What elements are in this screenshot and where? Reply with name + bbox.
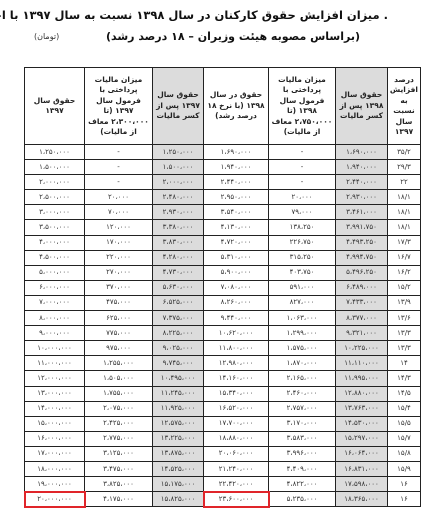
cell-1398-tax: ۲۲۶،۷۵۰ bbox=[269, 235, 336, 250]
cell-1398-after-tax: ۱۱،۱۱۰،۰۰۰ bbox=[336, 356, 388, 371]
cell-1397-after-tax: ۶،۵۲۵،۰۰۰ bbox=[153, 295, 204, 310]
table-row: ۱۸/۱۳،۴۶۱،۰۰۰۷۹،۰۰۰۳،۵۴۰،۰۰۰۲،۹۳۰،۰۰۰۷۰،… bbox=[25, 205, 421, 220]
header-1398-after-tax: حقوق سال ۱۳۹۸ پس از کسر مالیات bbox=[336, 68, 388, 145]
cell-1397-tax: ۳،۱۲۵،۰۰۰ bbox=[85, 446, 153, 461]
cell-1397-after-tax: ۱۵،۸۲۵،۰۰۰ bbox=[153, 492, 204, 507]
table-header-row: درصد افزایش به نسبت سال ۱۳۹۷ حقوق سال ۱۳… bbox=[25, 68, 421, 145]
cell-1397-salary: ۱،۵۰۰،۰۰۰ bbox=[25, 160, 85, 175]
cell-1397-tax: - bbox=[85, 175, 153, 190]
table-row: ۱۴/۳۱۱،۹۹۵،۰۰۰۲،۱۶۵،۰۰۰۱۴،۱۶۰،۰۰۰۱۰،۴۹۵،… bbox=[25, 371, 421, 386]
cell-1398-after-tax: ۱۴،۵۳۰،۰۰۰ bbox=[336, 416, 388, 431]
cell-1398-after-tax: ۱۱،۹۹۵،۰۰۰ bbox=[336, 371, 388, 386]
table-row: ۱۸/۱۳،۹۹۱،۷۵۰۱۳۸،۲۵۰۴،۱۳۰،۰۰۰۳،۳۸۰،۰۰۰۱۲… bbox=[25, 220, 421, 235]
cell-1398-tax: ۲،۴۶۰،۰۰۰ bbox=[269, 386, 336, 401]
table-row: ۱۳/۹۷،۴۳۳،۰۰۰۸۲۷،۰۰۰۸،۲۶۰،۰۰۰۶،۵۲۵،۰۰۰۴۷… bbox=[25, 295, 421, 310]
table-row: ۱۷/۳۴،۴۹۳،۲۵۰۲۲۶،۷۵۰۴،۷۲۰،۰۰۰۳،۸۳۰،۰۰۰۱۷… bbox=[25, 235, 421, 250]
cell-1397-after-tax: ۱۱،۲۴۵،۰۰۰ bbox=[153, 386, 204, 401]
header-1398-tax: میزان مالیات پرداختی با فرمول سال ۱۳۹۸ (… bbox=[269, 68, 336, 145]
cell-1397-tax: - bbox=[85, 160, 153, 175]
cell-1398-salary-highlighted: ۲۳،۶۰۰،۰۰۰ bbox=[204, 492, 269, 507]
cell-1397-salary: ۱۸،۰۰۰،۰۰۰ bbox=[25, 461, 85, 476]
cell-1397-tax: ۱،۵۰۵،۰۰۰ bbox=[85, 371, 153, 386]
cell-1397-salary: ۱۴،۰۰۰،۰۰۰ bbox=[25, 401, 85, 416]
cell-1398-salary: ۱،۹۴۰،۰۰۰ bbox=[204, 160, 269, 175]
cell-1398-tax: ۱۳۸،۲۵۰ bbox=[269, 220, 336, 235]
cell-1397-after-tax: ۲،۴۸۰،۰۰۰ bbox=[153, 190, 204, 205]
cell-1398-after-tax: ۳،۴۶۱،۰۰۰ bbox=[336, 205, 388, 220]
header-increase-percent: درصد افزایش به نسبت سال ۱۳۹۷ bbox=[388, 68, 421, 145]
cell-1398-after-tax: ۴،۹۹۴،۷۵۰ bbox=[336, 250, 388, 265]
cell-1398-after-tax: ۴،۴۹۳،۲۵۰ bbox=[336, 235, 388, 250]
cell-1397-salary: ۳،۵۰۰،۰۰۰ bbox=[25, 220, 85, 235]
cell-1397-tax: ۲۰،۰۰۰ bbox=[85, 190, 153, 205]
cell-increase-percent: ۱۵/۸ bbox=[388, 446, 421, 461]
cell-1397-tax: ۴،۱۷۵،۰۰۰ bbox=[85, 492, 153, 507]
table-row: ۱۵/۹۱۶،۸۳۱،۰۰۰۴،۴۰۹،۰۰۰۲۱،۲۴۰،۰۰۰۱۴،۵۲۵،… bbox=[25, 461, 421, 476]
table-body: ۳۵/۲۱،۶۹۰،۰۰۰-۱،۶۹۰،۰۰۰۱،۲۵۰،۰۰۰-۱،۲۵۰،۰… bbox=[25, 145, 421, 507]
cell-1398-salary: ۸،۲۶۰،۰۰۰ bbox=[204, 295, 269, 310]
cell-increase-percent: ۱۸/۱ bbox=[388, 205, 421, 220]
cell-increase-percent: ۱۳/۹ bbox=[388, 295, 421, 310]
cell-increase-percent: ۱۷/۳ bbox=[388, 235, 421, 250]
cell-1397-salary: ۱۰،۰۰۰،۰۰۰ bbox=[25, 341, 85, 356]
cell-1397-salary: ۱۹،۰۰۰،۰۰۰ bbox=[25, 477, 85, 492]
cell-1397-tax: ۱،۷۵۵،۰۰۰ bbox=[85, 386, 153, 401]
cell-1397-tax: ۷۰،۰۰۰ bbox=[85, 205, 153, 220]
cell-1397-salary: ۱۱،۰۰۰،۰۰۰ bbox=[25, 356, 85, 371]
header-1397-salary: حقوق سال ۱۳۹۷ bbox=[25, 68, 85, 145]
cell-1397-salary: ۷،۰۰۰،۰۰۰ bbox=[25, 295, 85, 310]
cell-1397-salary: ۸،۰۰۰،۰۰۰ bbox=[25, 311, 85, 326]
cell-1397-tax: ۳،۸۲۵،۰۰۰ bbox=[85, 477, 153, 492]
cell-1398-tax: - bbox=[269, 175, 336, 190]
cell-1397-after-tax: ۱۵،۱۷۵،۰۰۰ bbox=[153, 477, 204, 492]
cell-1397-tax: ۱۷۰،۰۰۰ bbox=[85, 235, 153, 250]
table-row: ۱۵/۵۱۴،۵۳۰،۰۰۰۳،۱۷۰،۰۰۰۱۷،۷۰۰،۰۰۰۱۲،۵۷۵،… bbox=[25, 416, 421, 431]
cell-1397-after-tax: ۱۱،۹۲۵،۰۰۰ bbox=[153, 401, 204, 416]
cell-1397-tax: ۴۷۵،۰۰۰ bbox=[85, 295, 153, 310]
cell-1398-after-tax: ۱۷،۵۹۸،۰۰۰ bbox=[336, 477, 388, 492]
cell-1397-salary: ۴،۰۰۰،۰۰۰ bbox=[25, 235, 85, 250]
table-row: ۱۵/۴۱۳،۷۶۳،۰۰۰۲،۷۵۷،۰۰۰۱۶،۵۲۰،۰۰۰۱۱،۹۲۵،… bbox=[25, 401, 421, 416]
cell-1398-after-tax: ۱۶،۰۶۴،۰۰۰ bbox=[336, 446, 388, 461]
cell-1397-after-tax: ۸،۲۲۵،۰۰۰ bbox=[153, 326, 204, 341]
cell-1398-salary: ۱،۶۹۰،۰۰۰ bbox=[204, 145, 269, 160]
cell-1398-salary: ۵،۹۰۰،۰۰۰ bbox=[204, 265, 269, 280]
cell-increase-percent: ۱۶/۷ bbox=[388, 250, 421, 265]
table-row: ۱۶۱۷،۵۹۸،۰۰۰۴،۸۲۲،۰۰۰۲۲،۴۲۰،۰۰۰۱۵،۱۷۵،۰۰… bbox=[25, 477, 421, 492]
cell-1398-tax: ۸۲۷،۰۰۰ bbox=[269, 295, 336, 310]
salary-tax-table: درصد افزایش به نسبت سال ۱۳۹۷ حقوق سال ۱۳… bbox=[24, 67, 421, 507]
cell-1397-tax: ۷۷۵،۰۰۰ bbox=[85, 326, 153, 341]
cell-1397-tax: ۹۷۵،۰۰۰ bbox=[85, 341, 153, 356]
cell-1397-after-tax: ۹،۷۴۵،۰۰۰ bbox=[153, 356, 204, 371]
cell-1398-tax: ۳،۹۹۶،۰۰۰ bbox=[269, 446, 336, 461]
cell-1398-after-tax: ۲،۴۴۰،۰۰۰ bbox=[336, 175, 388, 190]
cell-1397-salary: ۲،۰۰۰،۰۰۰ bbox=[25, 175, 85, 190]
cell-1398-after-tax: ۱۶،۸۳۱،۰۰۰ bbox=[336, 461, 388, 476]
cell-1397-tax: ۳،۴۷۵،۰۰۰ bbox=[85, 461, 153, 476]
table-row: ۱۶/۲۵،۴۹۶،۲۵۰۴۰۳،۷۵۰۵،۹۰۰،۰۰۰۴،۷۳۰،۰۰۰۲۷… bbox=[25, 265, 421, 280]
table-row: ۲۹/۳۱،۹۴۰،۰۰۰-۱،۹۴۰،۰۰۰۱،۵۰۰،۰۰۰-۱،۵۰۰،۰… bbox=[25, 160, 421, 175]
cell-1397-salary: ۱۵،۰۰۰،۰۰۰ bbox=[25, 416, 85, 431]
cell-1398-after-tax: ۱،۶۹۰،۰۰۰ bbox=[336, 145, 388, 160]
cell-1397-tax: ۲،۰۷۵،۰۰۰ bbox=[85, 401, 153, 416]
cell-1398-tax: ۲،۷۵۷،۰۰۰ bbox=[269, 401, 336, 416]
cell-increase-percent: ۱۵/۹ bbox=[388, 461, 421, 476]
cell-increase-percent: ۱۳/۳ bbox=[388, 341, 421, 356]
document-subtitle: (براساس مصوبه هیئت وزیران – ۱۸ درصد رشد) bbox=[130, 30, 360, 43]
currency-unit-label: (تومان) bbox=[34, 32, 59, 41]
cell-1398-tax: - bbox=[269, 145, 336, 160]
cell-1398-after-tax: ۳،۹۹۱،۷۵۰ bbox=[336, 220, 388, 235]
table-row: ۱۳/۳۹،۳۲۱،۰۰۰۱،۲۹۹،۰۰۰۱۰،۶۲۰،۰۰۰۸،۲۲۵،۰۰… bbox=[25, 326, 421, 341]
cell-1397-after-tax: ۵،۶۳۰،۰۰۰ bbox=[153, 280, 204, 295]
cell-increase-percent: ۱۴/۵ bbox=[388, 386, 421, 401]
cell-increase-percent: ۱۵/۲ bbox=[388, 280, 421, 295]
cell-1397-tax: ۲،۴۲۵،۰۰۰ bbox=[85, 416, 153, 431]
cell-1397-tax: ۲،۷۷۵،۰۰۰ bbox=[85, 431, 153, 446]
cell-increase-percent: ۲۲ bbox=[388, 175, 421, 190]
header-1398-salary: حقوق در سال ۱۳۹۸ (با نرخ ۱۸ درصد رشد) bbox=[204, 68, 269, 145]
cell-increase-percent: ۱۶/۲ bbox=[388, 265, 421, 280]
cell-1398-tax: ۴،۴۰۹،۰۰۰ bbox=[269, 461, 336, 476]
cell-1398-after-tax: ۶،۴۸۹،۰۰۰ bbox=[336, 280, 388, 295]
cell-1398-tax: ۳۱۵،۲۵۰ bbox=[269, 250, 336, 265]
table-row: ۱۵/۷۱۵،۲۹۷،۰۰۰۳،۵۸۳،۰۰۰۱۸،۸۸۰،۰۰۰۱۳،۲۲۵،… bbox=[25, 431, 421, 446]
cell-1397-after-tax: ۲،۹۳۰،۰۰۰ bbox=[153, 205, 204, 220]
cell-1398-salary: ۱۴،۱۶۰،۰۰۰ bbox=[204, 371, 269, 386]
cell-1397-after-tax: ۱،۲۵۰،۰۰۰ bbox=[153, 145, 204, 160]
table-row: ۱۵/۲۶،۴۸۹،۰۰۰۵۹۱،۰۰۰۷،۰۸۰،۰۰۰۵،۶۳۰،۰۰۰۳۷… bbox=[25, 280, 421, 295]
cell-1398-after-tax: ۱۰،۲۲۵،۰۰۰ bbox=[336, 341, 388, 356]
cell-1398-salary: ۱۶،۵۲۰،۰۰۰ bbox=[204, 401, 269, 416]
cell-1397-after-tax: ۱۳،۲۲۵،۰۰۰ bbox=[153, 431, 204, 446]
cell-1398-salary: ۹،۴۴۰،۰۰۰ bbox=[204, 311, 269, 326]
cell-increase-percent: ۱۶ bbox=[388, 477, 421, 492]
cell-1398-after-tax: ۱،۹۴۰،۰۰۰ bbox=[336, 160, 388, 175]
cell-1398-tax: ۲،۱۶۵،۰۰۰ bbox=[269, 371, 336, 386]
cell-1398-tax: ۲۰،۰۰۰ bbox=[269, 190, 336, 205]
cell-1398-salary: ۲۰،۰۶۰،۰۰۰ bbox=[204, 446, 269, 461]
cell-increase-percent: ۱۶ bbox=[388, 492, 421, 507]
cell-1397-tax: ۲۷۰،۰۰۰ bbox=[85, 265, 153, 280]
cell-1398-salary: ۲،۹۵۰،۰۰۰ bbox=[204, 190, 269, 205]
cell-1398-tax: ۱،۰۶۳،۰۰۰ bbox=[269, 311, 336, 326]
cell-1397-salary: ۴،۵۰۰،۰۰۰ bbox=[25, 250, 85, 265]
cell-1397-salary-highlighted: ۲۰،۰۰۰،۰۰۰ bbox=[25, 492, 85, 507]
cell-1397-salary: ۱۷،۰۰۰،۰۰۰ bbox=[25, 446, 85, 461]
cell-1397-tax: ۱۲۰،۰۰۰ bbox=[85, 220, 153, 235]
cell-increase-percent: ۱۵/۴ bbox=[388, 401, 421, 416]
cell-1397-salary: ۱۳،۰۰۰،۰۰۰ bbox=[25, 386, 85, 401]
cell-increase-percent: ۲۹/۳ bbox=[388, 160, 421, 175]
cell-1397-tax: ۱،۲۵۵،۰۰۰ bbox=[85, 356, 153, 371]
cell-1398-after-tax: ۵،۴۹۶،۲۵۰ bbox=[336, 265, 388, 280]
cell-1398-after-tax: ۸،۳۷۷،۰۰۰ bbox=[336, 311, 388, 326]
cell-1397-tax: ۳۷۰،۰۰۰ bbox=[85, 280, 153, 295]
table-row: ۱۶/۷۴،۹۹۴،۷۵۰۳۱۵،۲۵۰۵،۳۱۰،۰۰۰۴،۲۸۰،۰۰۰۲۲… bbox=[25, 250, 421, 265]
cell-increase-percent: ۱۳/۳ bbox=[388, 326, 421, 341]
cell-1397-after-tax: ۱۰،۴۹۵،۰۰۰ bbox=[153, 371, 204, 386]
cell-1398-salary: ۴،۷۲۰،۰۰۰ bbox=[204, 235, 269, 250]
cell-1398-tax: ۱،۵۷۵،۰۰۰ bbox=[269, 341, 336, 356]
cell-1398-salary: ۱۸،۸۸۰،۰۰۰ bbox=[204, 431, 269, 446]
cell-1398-salary: ۳،۵۴۰،۰۰۰ bbox=[204, 205, 269, 220]
cell-1397-salary: ۱۶،۰۰۰،۰۰۰ bbox=[25, 431, 85, 446]
cell-1398-salary: ۲۲،۴۲۰،۰۰۰ bbox=[204, 477, 269, 492]
cell-1398-tax: ۷۹،۰۰۰ bbox=[269, 205, 336, 220]
table-row: ۱۸/۱۲،۹۳۰،۰۰۰۲۰،۰۰۰۲،۹۵۰،۰۰۰۲،۴۸۰،۰۰۰۲۰،… bbox=[25, 190, 421, 205]
cell-1398-after-tax: ۲،۹۳۰،۰۰۰ bbox=[336, 190, 388, 205]
cell-1397-after-tax: ۴،۲۸۰،۰۰۰ bbox=[153, 250, 204, 265]
cell-1397-salary: ۲،۵۰۰،۰۰۰ bbox=[25, 190, 85, 205]
cell-1398-salary: ۱۵،۳۴۰،۰۰۰ bbox=[204, 386, 269, 401]
table-row: ۱۳/۳۱۰،۲۲۵،۰۰۰۱،۵۷۵،۰۰۰۱۱،۸۰۰،۰۰۰۹،۰۲۵،۰… bbox=[25, 341, 421, 356]
cell-1398-salary: ۱۰،۶۲۰،۰۰۰ bbox=[204, 326, 269, 341]
cell-1398-after-tax: ۱۳،۷۶۳،۰۰۰ bbox=[336, 401, 388, 416]
table-row: ۱۴/۵۱۲،۸۸۰،۰۰۰۲،۴۶۰،۰۰۰۱۵،۳۴۰،۰۰۰۱۱،۲۴۵،… bbox=[25, 386, 421, 401]
cell-increase-percent: ۱۸/۱ bbox=[388, 190, 421, 205]
cell-1398-tax: ۴۰۳،۷۵۰ bbox=[269, 265, 336, 280]
cell-1398-tax: ۱،۲۹۹،۰۰۰ bbox=[269, 326, 336, 341]
cell-1397-after-tax: ۹،۰۲۵،۰۰۰ bbox=[153, 341, 204, 356]
cell-1397-after-tax: ۲،۰۰۰،۰۰۰ bbox=[153, 175, 204, 190]
table-row: ۱۶۱۸،۳۶۵،۰۰۰۵،۲۳۵،۰۰۰۲۳،۶۰۰،۰۰۰۱۵،۸۲۵،۰۰… bbox=[25, 492, 421, 507]
cell-1397-after-tax: ۱،۵۰۰،۰۰۰ bbox=[153, 160, 204, 175]
cell-1397-after-tax: ۳،۸۳۰،۰۰۰ bbox=[153, 235, 204, 250]
cell-1397-salary: ۶،۰۰۰،۰۰۰ bbox=[25, 280, 85, 295]
cell-increase-percent: ۱۵/۷ bbox=[388, 431, 421, 446]
cell-1398-tax: ۳،۵۸۳،۰۰۰ bbox=[269, 431, 336, 446]
cell-1397-after-tax: ۷،۳۷۵،۰۰۰ bbox=[153, 311, 204, 326]
cell-1398-salary: ۱۲،۹۸۰،۰۰۰ bbox=[204, 356, 269, 371]
cell-1398-salary: ۲،۴۴۰،۰۰۰ bbox=[204, 175, 269, 190]
table-row: ۱۴۱۱،۱۱۰،۰۰۰۱،۸۷۰،۰۰۰۱۲،۹۸۰،۰۰۰۹،۷۴۵،۰۰۰… bbox=[25, 356, 421, 371]
cell-1397-salary: ۱۲،۰۰۰،۰۰۰ bbox=[25, 371, 85, 386]
cell-1398-tax: ۱،۸۷۰،۰۰۰ bbox=[269, 356, 336, 371]
cell-1398-tax: ۴،۸۲۲،۰۰۰ bbox=[269, 477, 336, 492]
cell-1398-salary: ۲۱،۲۴۰،۰۰۰ bbox=[204, 461, 269, 476]
cell-1398-tax: ۳،۱۷۰،۰۰۰ bbox=[269, 416, 336, 431]
cell-1397-salary: ۱،۲۵۰،۰۰۰ bbox=[25, 145, 85, 160]
cell-1397-salary: ۳،۰۰۰،۰۰۰ bbox=[25, 205, 85, 220]
table-row: ۳۵/۲۱،۶۹۰،۰۰۰-۱،۶۹۰،۰۰۰۱،۲۵۰،۰۰۰-۱،۲۵۰،۰… bbox=[25, 145, 421, 160]
cell-1398-after-tax: ۱۸،۳۶۵،۰۰۰ bbox=[336, 492, 388, 507]
cell-1398-after-tax: ۱۲،۸۸۰،۰۰۰ bbox=[336, 386, 388, 401]
cell-increase-percent: ۱۸/۱ bbox=[388, 220, 421, 235]
cell-1397-tax: ۲۲۰،۰۰۰ bbox=[85, 250, 153, 265]
cell-increase-percent: ۳۵/۲ bbox=[388, 145, 421, 160]
cell-1397-after-tax: ۳،۳۸۰،۰۰۰ bbox=[153, 220, 204, 235]
cell-1398-tax: ۵۹۱،۰۰۰ bbox=[269, 280, 336, 295]
cell-1397-after-tax: ۱۲،۵۷۵،۰۰۰ bbox=[153, 416, 204, 431]
cell-1398-salary: ۱۷،۷۰۰،۰۰۰ bbox=[204, 416, 269, 431]
cell-1398-tax: - bbox=[269, 160, 336, 175]
document-title: . میزان افزایش حقوق کارکنان در سال ۱۳۹۸ … bbox=[20, 8, 388, 22]
cell-1398-after-tax: ۹،۳۲۱،۰۰۰ bbox=[336, 326, 388, 341]
cell-1397-after-tax: ۱۳،۸۷۵،۰۰۰ bbox=[153, 446, 204, 461]
cell-1397-salary: ۵،۰۰۰،۰۰۰ bbox=[25, 265, 85, 280]
cell-1398-after-tax: ۱۵،۲۹۷،۰۰۰ bbox=[336, 431, 388, 446]
cell-1397-after-tax: ۱۴،۵۲۵،۰۰۰ bbox=[153, 461, 204, 476]
header-1397-after-tax: حقوق سال ۱۳۹۷ پس از کسر مالیات bbox=[153, 68, 204, 145]
cell-1397-tax: - bbox=[85, 145, 153, 160]
cell-1397-tax: ۶۲۵،۰۰۰ bbox=[85, 311, 153, 326]
cell-1398-salary: ۵،۳۱۰،۰۰۰ bbox=[204, 250, 269, 265]
cell-1398-salary: ۴،۱۳۰،۰۰۰ bbox=[204, 220, 269, 235]
table-row: ۱۵/۸۱۶،۰۶۴،۰۰۰۳،۹۹۶،۰۰۰۲۰،۰۶۰،۰۰۰۱۳،۸۷۵،… bbox=[25, 446, 421, 461]
table-row: ۲۲۲،۴۴۰،۰۰۰-۲،۴۴۰،۰۰۰۲،۰۰۰،۰۰۰-۲،۰۰۰،۰۰۰ bbox=[25, 175, 421, 190]
cell-1398-after-tax: ۷،۴۳۳،۰۰۰ bbox=[336, 295, 388, 310]
cell-1398-salary: ۱۱،۸۰۰،۰۰۰ bbox=[204, 341, 269, 356]
cell-increase-percent: ۱۵/۵ bbox=[388, 416, 421, 431]
header-1397-tax: میزان مالیات پرداختی با فرمول سال ۱۳۹۷ (… bbox=[85, 68, 153, 145]
cell-1398-tax: ۵،۲۳۵،۰۰۰ bbox=[269, 492, 336, 507]
cell-increase-percent: ۱۳/۶ bbox=[388, 311, 421, 326]
table-row: ۱۳/۶۸،۳۷۷،۰۰۰۱،۰۶۳،۰۰۰۹،۴۴۰،۰۰۰۷،۳۷۵،۰۰۰… bbox=[25, 311, 421, 326]
cell-1398-salary: ۷،۰۸۰،۰۰۰ bbox=[204, 280, 269, 295]
cell-increase-percent: ۱۴ bbox=[388, 356, 421, 371]
cell-1397-salary: ۹،۰۰۰،۰۰۰ bbox=[25, 326, 85, 341]
cell-increase-percent: ۱۴/۳ bbox=[388, 371, 421, 386]
cell-1397-after-tax: ۴،۷۳۰،۰۰۰ bbox=[153, 265, 204, 280]
